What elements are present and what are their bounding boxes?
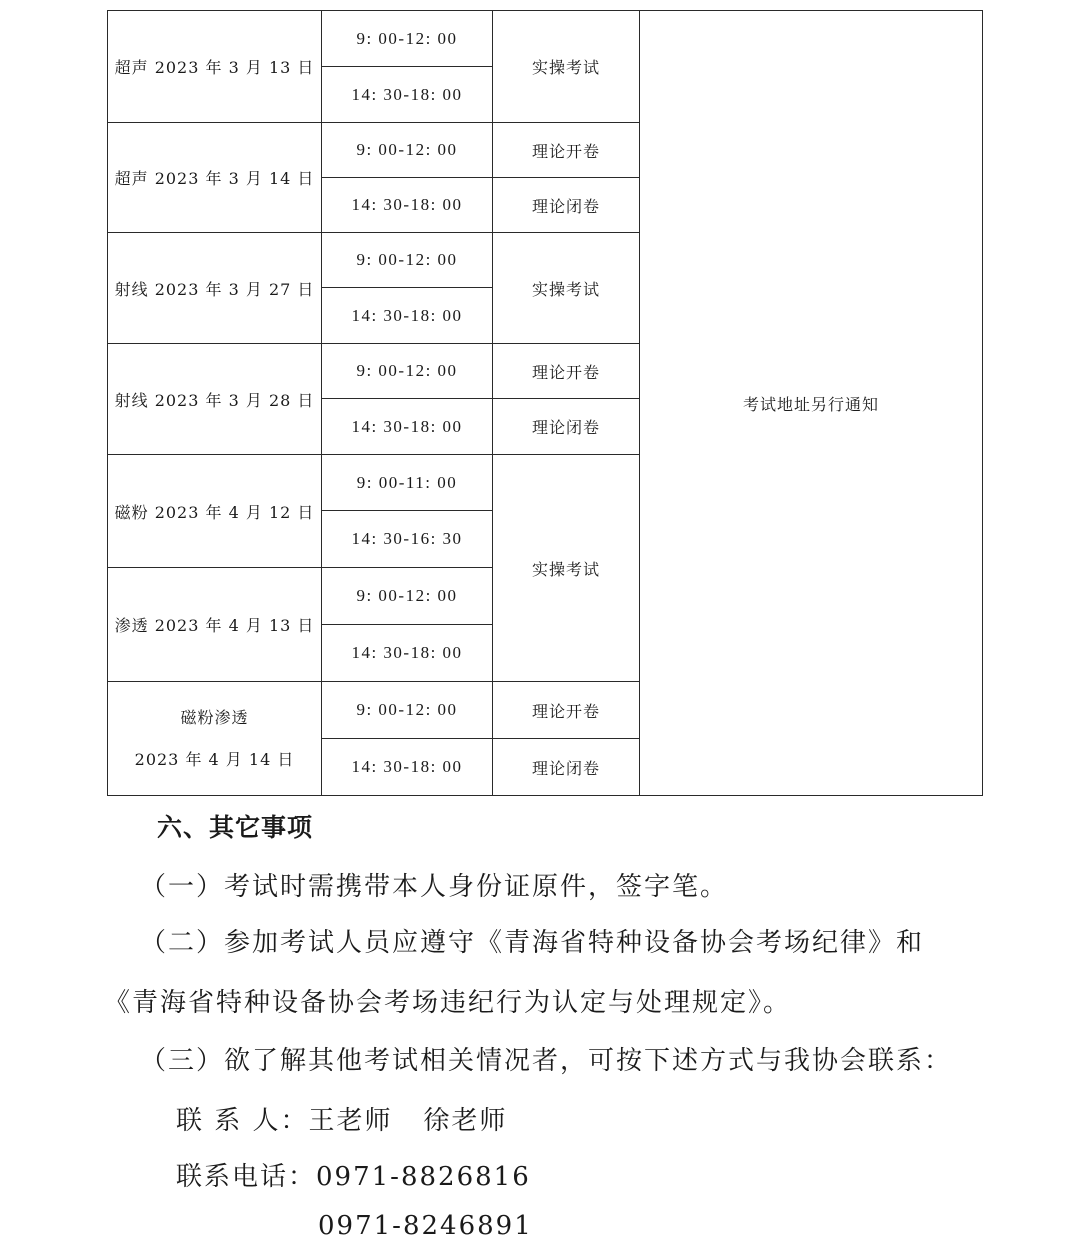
item-2-continuation: 《青海省特种设备协会考场违纪行为认定与处理规定》。 bbox=[104, 982, 791, 1019]
location-note-cell: 考试地址另行通知 bbox=[640, 11, 983, 796]
exam-type-cell: 实操考试 bbox=[493, 11, 640, 123]
afternoon-time-cell: 14: 30-18: 00 bbox=[322, 625, 493, 682]
item-3-text: （三）欲了解其他考试相关情况者，可按下述方式与我协会联系： bbox=[140, 1040, 952, 1077]
exam-type-cell: 理论开卷 bbox=[493, 682, 640, 739]
morning-time-cell: 9: 00-12: 00 bbox=[322, 123, 493, 178]
exam-type-cell: 理论开卷 bbox=[493, 344, 640, 399]
afternoon-time-cell: 14: 30-16: 30 bbox=[322, 511, 493, 568]
exam-type-cell: 理论闭卷 bbox=[493, 739, 640, 796]
item-1-text: （一）考试时需携带本人身份证原件，签字笔。 bbox=[140, 866, 728, 903]
exam-date-cell: 超声 2023 年 3 月 13 日 bbox=[108, 11, 322, 123]
exam-subject-label: 磁粉渗透 bbox=[108, 697, 321, 739]
contact-phone-1: 0971-8826816 bbox=[316, 1162, 531, 1192]
contact-person-row: 联 系 人：王老师 徐老师 bbox=[176, 1100, 507, 1137]
contact-phone-label: 联系电话： bbox=[176, 1162, 316, 1192]
exam-type-cell: 实操考试 bbox=[493, 233, 640, 344]
morning-time-cell: 9: 00-12: 00 bbox=[322, 682, 493, 739]
afternoon-time-cell: 14: 30-18: 00 bbox=[322, 288, 493, 344]
morning-time-cell: 9: 00-12: 00 bbox=[322, 233, 493, 288]
exam-type-cell: 理论闭卷 bbox=[493, 399, 640, 455]
item-2-text: （二）参加考试人员应遵守《青海省特种设备协会考场纪律》和 bbox=[140, 922, 924, 959]
section-heading: 六、其它事项 bbox=[157, 808, 313, 844]
afternoon-time-cell: 14: 30-18: 00 bbox=[322, 399, 493, 455]
exam-schedule-table: 超声 2023 年 3 月 13 日 9: 00-12: 00 实操考试 考试地… bbox=[107, 10, 983, 796]
contact-phone-2: 0971-8246891 bbox=[318, 1211, 533, 1241]
exam-type-cell: 理论闭卷 bbox=[493, 178, 640, 233]
exam-date-cell: 磁粉渗透 2023 年 4 月 14 日 bbox=[108, 682, 322, 796]
morning-time-cell: 9: 00-12: 00 bbox=[322, 11, 493, 67]
exam-type-cell: 实操考试 bbox=[493, 455, 640, 682]
afternoon-time-cell: 14: 30-18: 00 bbox=[322, 67, 493, 123]
exam-date-cell: 射线 2023 年 3 月 28 日 bbox=[108, 344, 322, 455]
morning-time-cell: 9: 00-11: 00 bbox=[322, 455, 493, 511]
exam-date-label: 2023 年 4 月 14 日 bbox=[108, 739, 321, 781]
exam-date-cell: 超声 2023 年 3 月 14 日 bbox=[108, 123, 322, 233]
contact-phone-row: 联系电话：0971-8826816 bbox=[176, 1156, 531, 1193]
afternoon-time-cell: 14: 30-18: 00 bbox=[322, 739, 493, 796]
exam-type-cell: 理论开卷 bbox=[493, 123, 640, 178]
exam-date-cell: 渗透 2023 年 4 月 13 日 bbox=[108, 568, 322, 682]
exam-date-cell: 磁粉 2023 年 4 月 12 日 bbox=[108, 455, 322, 568]
contact-person-names: 王老师 徐老师 bbox=[309, 1106, 508, 1136]
afternoon-time-cell: 14: 30-18: 00 bbox=[322, 178, 493, 233]
exam-date-cell: 射线 2023 年 3 月 27 日 bbox=[108, 233, 322, 344]
morning-time-cell: 9: 00-12: 00 bbox=[322, 344, 493, 399]
morning-time-cell: 9: 00-12: 00 bbox=[322, 568, 493, 625]
contact-person-label: 联 系 人： bbox=[176, 1106, 309, 1136]
